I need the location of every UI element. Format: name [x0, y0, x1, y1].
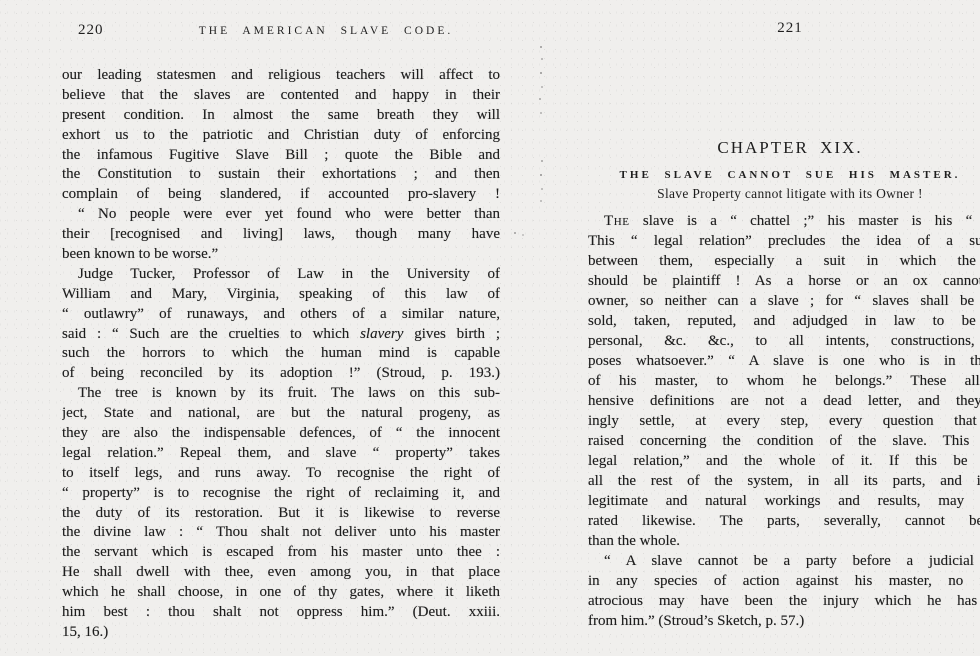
text-line: hensive definitions are not a dead lette…: [588, 391, 980, 411]
text-line: complain of being slandered, if accounte…: [62, 185, 500, 205]
text-line: which he shall choose, in one of thy gat…: [62, 583, 500, 603]
text-line: personal, &c. &c., to all intents, const…: [588, 331, 980, 351]
right-page-body: The slave is a “ chattel ;” his master i…: [588, 211, 980, 631]
text-line: “ No people were ever yet found who were…: [62, 205, 500, 225]
chapter-heading: CHAPTER XIX.: [588, 138, 980, 158]
left-page-header: 220 THE AMERICAN SLAVE CODE.: [62, 22, 500, 40]
text-line: the infamous Fugitive Slave Bill ; quote…: [62, 146, 500, 166]
chapter-subtitle: THE SLAVE CANNOT SUE HIS MASTER.: [588, 169, 980, 181]
left-page-body: our leading statesmen and religious teac…: [62, 66, 500, 643]
right-page: 221 CHAPTER XIX. THE SLAVE CANNOT SUE HI…: [588, 20, 980, 631]
text-line: “ property” is to recognise the right of…: [62, 484, 500, 504]
text-line: “ A slave cannot be a party before a jud…: [588, 551, 980, 571]
text-line: the duty of its restoration. But it is l…: [62, 504, 500, 524]
text-line: they are also the indispensable defences…: [62, 424, 500, 444]
text-line: The tree is known by its fruit. The laws…: [62, 384, 500, 404]
text-line: of his master, to whom he belongs.” Thes…: [588, 371, 980, 391]
text-line: been known to be worse.”: [62, 245, 500, 265]
text-line: believe that the slaves are contented an…: [62, 86, 500, 106]
text-line: rated likewise. The parts, severally, ca…: [588, 511, 980, 531]
text-line: raised concerning the condition of the s…: [588, 431, 980, 451]
text-line: William and Mary, Virginia, speaking of …: [62, 285, 500, 305]
text-line: all the rest of the system, in all its p…: [588, 471, 980, 491]
page-number-right: 221: [588, 20, 980, 37]
text-line: legal relation.” Repeal them, and slave …: [62, 444, 500, 464]
text-line: should be plaintiff ! As a horse or an o…: [588, 271, 980, 291]
text-line: He shall dwell with thee, even among you…: [62, 563, 500, 583]
text-line: in any species of action against his mas…: [588, 571, 980, 591]
text-line: him best : thou shalt not oppress him.” …: [62, 603, 500, 623]
text-line: legal relation,” and the whole of it. If…: [588, 451, 980, 471]
text-line: our leading statesmen and religious teac…: [62, 66, 500, 86]
scan-artifact-gutter-marks: [540, 42, 542, 44]
text-line: to itself legs, and runs away. To recogn…: [62, 464, 500, 484]
text-line: between them, especially a suit in which…: [588, 251, 980, 271]
chapter-subnote: Slave Property cannot litigate with its …: [588, 186, 980, 202]
text-line: of being reconciled by its adoption !” (…: [62, 364, 500, 384]
text-line: sold, taken, reputed, and adjudged in la…: [588, 311, 980, 331]
text-line: their [recognised and living] laws, thou…: [62, 225, 500, 245]
text-line: “ outlawry” of runaways, and others of a…: [62, 305, 500, 325]
text-line: than the whole.: [588, 531, 980, 551]
text-line: 15, 16.): [62, 623, 500, 643]
text-line: such the horrors to which the human mind…: [62, 344, 500, 364]
text-line: said : “ Such are the cruelties to which…: [62, 325, 500, 345]
text-line: Judge Tucker, Professor of Law in the Un…: [62, 265, 500, 285]
running-header: THE AMERICAN SLAVE CODE.: [62, 25, 500, 37]
text-line: atrocious may have been the injury which…: [588, 591, 980, 611]
text-line: ingly settle, at every step, every quest…: [588, 411, 980, 431]
text-line: The slave is a “ chattel ;” his master i…: [588, 211, 980, 231]
text-line: the Constitution to sustain their exhort…: [62, 165, 500, 185]
text-line: ject, State and national, are but the na…: [62, 404, 500, 424]
text-line: the divine law : “ Thou shalt not delive…: [62, 523, 500, 543]
text-line: legitimate and natural workings and resu…: [588, 491, 980, 511]
text-line: the servant which is escaped from his ma…: [62, 543, 500, 563]
text-line: exhort us to the patriotic and Christian…: [62, 126, 500, 146]
right-page-headings: 221 CHAPTER XIX. THE SLAVE CANNOT SUE HI…: [588, 20, 980, 202]
text-line: from him.” (Stroud’s Sketch, p. 57.): [588, 611, 980, 631]
text-line: This “ legal relation” precludes the ide…: [588, 231, 980, 251]
left-page: 220 THE AMERICAN SLAVE CODE. our leading…: [62, 22, 500, 643]
text-line: poses whatsoever.” “ A slave is one who …: [588, 351, 980, 371]
text-line: present condition. In almost the same br…: [62, 106, 500, 126]
text-line: owner, so neither can a slave ; for “ sl…: [588, 291, 980, 311]
